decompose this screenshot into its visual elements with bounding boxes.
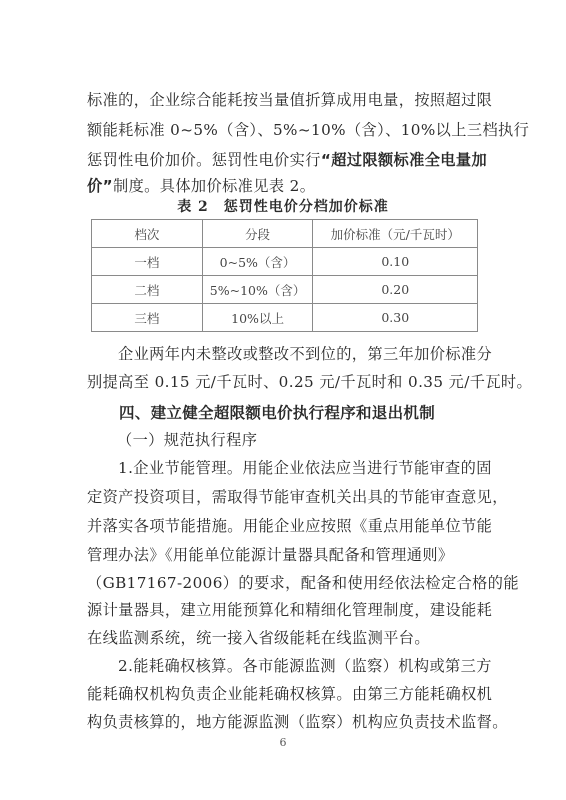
- paragraph-line: 源计量器具，建立用能预算化和精细化管理制度，建设能耗: [87, 600, 487, 620]
- paragraph-line: 标准的，企业综合能耗按当量值折算成用电量，按照超过限: [87, 90, 487, 110]
- paragraph-line: 1.企业节能管理。用能企业依法应当进行节能审查的固: [118, 458, 518, 478]
- header-cell: 档次: [92, 220, 203, 248]
- paragraph-line: 2.能耗确权核算。各市能源监测（监察）机构或第三方: [118, 656, 518, 676]
- table-cell: 0~5%（含）: [202, 248, 313, 276]
- table-caption: 表 2 惩罚性电价分档加价标准: [0, 196, 566, 216]
- emphasis-text: 价”: [87, 177, 113, 195]
- paragraph-line: 管理办法》《用能单位能源计量器具配备和管理通则》: [87, 545, 487, 565]
- paragraph-line: 定资产投资项目，需取得节能审查机关出具的节能审查意见，: [87, 487, 487, 507]
- table-row: 二档 5%~10%（含） 0.20: [92, 276, 478, 304]
- table-cell: 0.30: [313, 304, 478, 332]
- header-cell: 加价标准（元/千瓦时）: [313, 220, 478, 248]
- emphasis-text: “超过限额标准全电量加: [321, 151, 487, 169]
- subsection-heading: （一）规范执行程序: [117, 430, 517, 450]
- header-cell: 分段: [202, 220, 313, 248]
- paragraph-line: 并落实各项节能措施。用能企业应按照《重点用能单位节能: [87, 516, 487, 536]
- paragraph-line: 别提高至 0.15 元/千瓦时、0.25 元/千瓦时和 0.35 元/千瓦时。: [87, 372, 487, 392]
- table-cell: 一档: [92, 248, 203, 276]
- paragraph-line: 能耗确权机构负责企业能耗确权核算。由第三方能耗确权机: [87, 684, 487, 704]
- paragraph-line: 在线监测系统，统一接入省级能耗在线监测平台。: [87, 628, 487, 648]
- plain-text: 制度。具体加价标准见表 2。: [113, 177, 315, 195]
- table-row: 三档 10%以上 0.30: [92, 304, 478, 332]
- section-heading: 四、建立健全超限额电价执行程序和退出机制: [119, 401, 435, 423]
- table-header-row: 档次 分段 加价标准（元/千瓦时）: [92, 220, 478, 248]
- paragraph-line: （GB17167-2006）的要求，配备和使用经依法检定合格的能: [87, 573, 487, 593]
- plain-text: 惩罚性电价加价。惩罚性电价实行: [87, 151, 321, 169]
- paragraph-line: 惩罚性电价加价。惩罚性电价实行“超过限额标准全电量加: [87, 150, 487, 170]
- table-cell: 0.20: [313, 276, 478, 304]
- page-number: 6: [0, 736, 566, 749]
- paragraph-line: 价”制度。具体加价标准见表 2。: [87, 176, 487, 196]
- paragraph-line: 额能耗标准 0~5%（含）、5%~10%（含）、10%以上三档执行: [87, 120, 487, 140]
- table-cell: 10%以上: [202, 304, 313, 332]
- paragraph-line: 构负责核算的，地方能源监测（监察）机构应负责技术监督。: [87, 712, 487, 732]
- table-row: 一档 0~5%（含） 0.10: [92, 248, 478, 276]
- table-cell: 5%~10%（含）: [202, 276, 313, 304]
- table-cell: 三档: [92, 304, 203, 332]
- paragraph-line: 企业两年内未整改或整改不到位的，第三年加价标准分: [118, 344, 518, 364]
- penalty-price-table: 档次 分段 加价标准（元/千瓦时） 一档 0~5%（含） 0.10 二档 5%~…: [91, 219, 478, 332]
- table-cell: 0.10: [313, 248, 478, 276]
- table-cell: 二档: [92, 276, 203, 304]
